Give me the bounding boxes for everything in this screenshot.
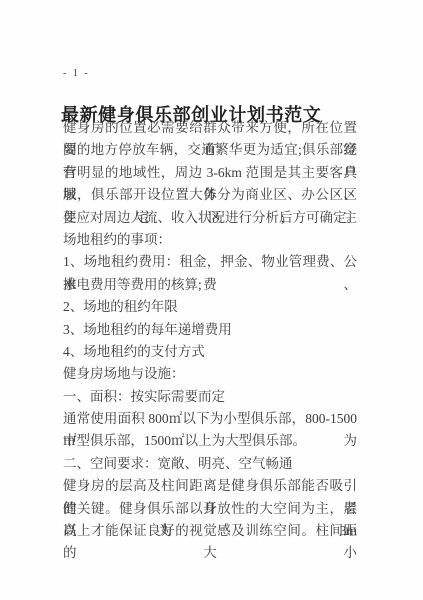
text-line: 一、面积：按实际需要而定 [63, 386, 357, 408]
document-body: 健身房的位置必需要给群众带来方便，所在位置要有宽 阔的地方停放车辆，交通繁华更为… [63, 117, 357, 542]
document-page: - 1 - 最新健身俱乐部创业计划书范文 健身房的位置必需要给群众带来方便，所在… [0, 0, 423, 600]
text-line: 以上才能保证良好的视觉感及训练空间。柱间距的大小 [63, 520, 357, 542]
text-line: 健身房场地与设施： [63, 363, 357, 385]
text-line: 要应对周边人流、收入状况进行分析后方可确定。 [63, 207, 357, 229]
text-line: 健身房的位置必需要给群众带来方便，所在位置要有宽 [63, 117, 357, 139]
text-line: 阔的地方停放车辆，交通繁华更为适宜;俱乐部经营具 [63, 139, 357, 161]
text-line: 有明显的地域性，周边 3-6km 范围是其主要客户服务区 [63, 162, 357, 184]
text-line: 二、空间要求：宽敞、明亮、空气畅通 [63, 453, 357, 475]
text-line: 3、场地租约的每年递增费用 [63, 319, 357, 341]
text-line: 健身房的层高及柱间距离是健身俱乐部能否吸引健身者 [63, 475, 357, 497]
text-line: 4、场地租约的支付方式 [63, 341, 357, 363]
text-line: 场地租约的事项： [63, 229, 357, 251]
text-line: 1、场地租约费用：租金，押金、物业管理费、公摊费、 [63, 251, 357, 273]
text-line: 通常使用面积 800㎡以下为小型俱乐部，800-1500㎡为 [63, 408, 357, 430]
text-line: 2、场地的租约年限 [63, 296, 357, 318]
text-line: 的关键。健身俱乐部以开放性的大空间为主，层高为 3m [63, 498, 357, 520]
page-number: - 1 - [63, 68, 90, 79]
text-line: 域，俱乐部开设位置大体分为商业区、办公区、住宅区;主 [63, 184, 357, 206]
